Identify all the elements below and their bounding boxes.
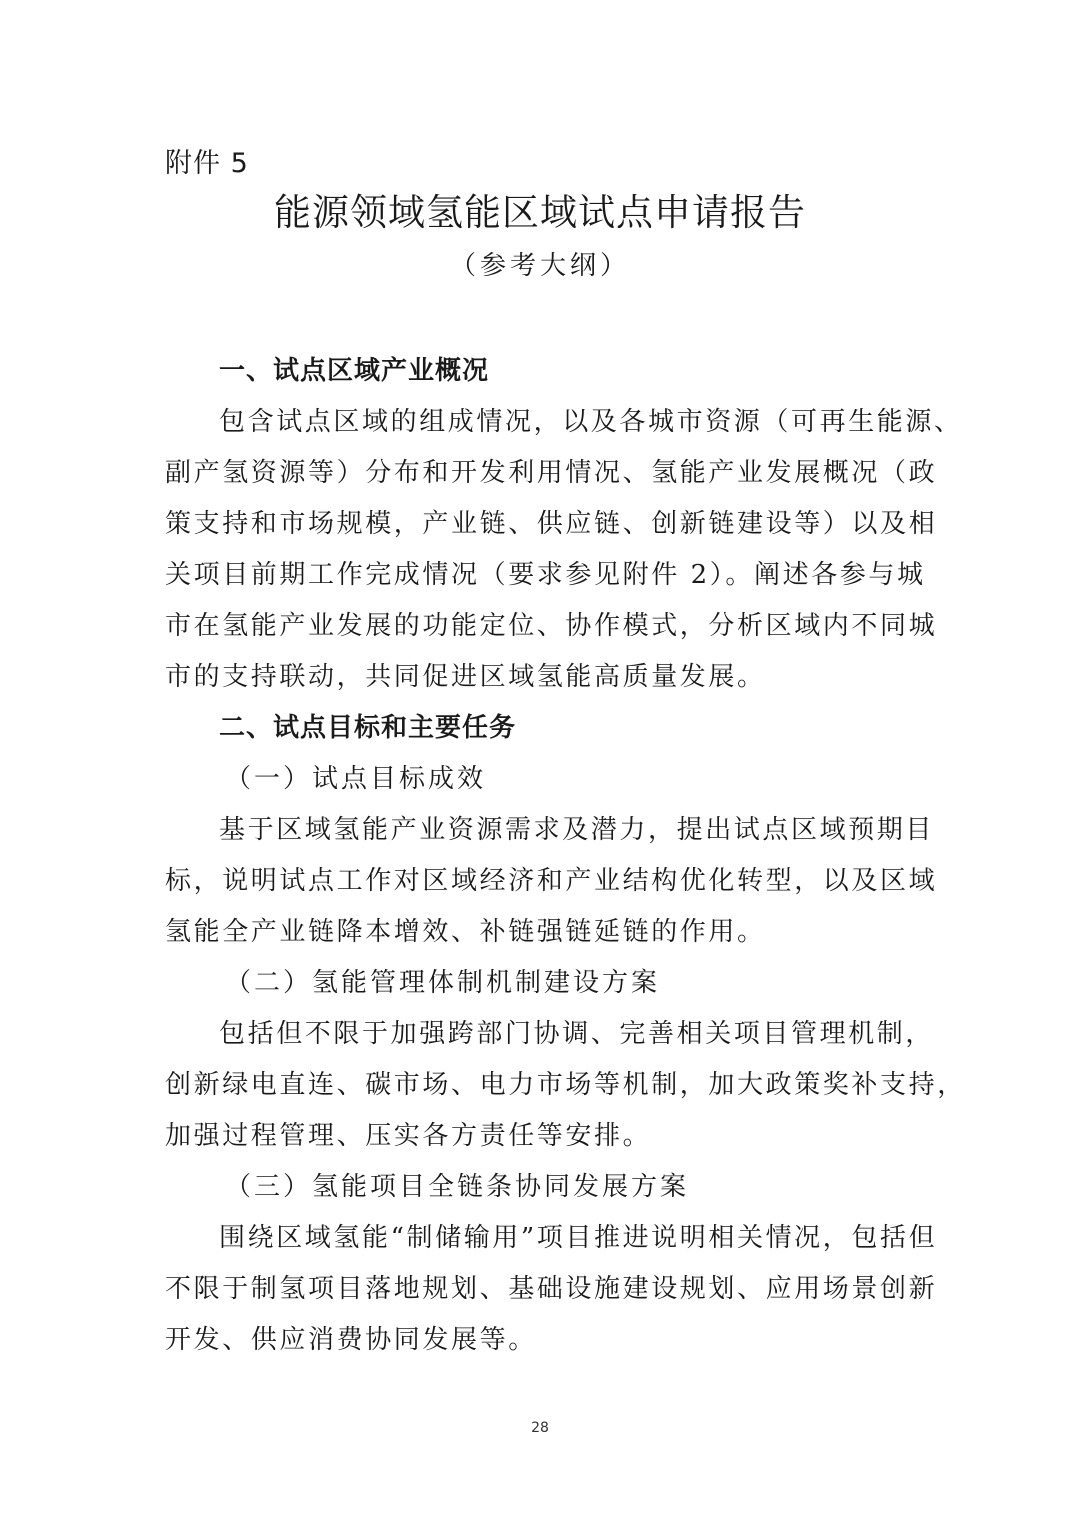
subsection-2-2-paragraph: 包括但不限于加强跨部门协调、完善相关项目管理机制， 创新绿电直连、碳市场、电力市… [165,1009,917,1162]
paragraph-line: 加强过程管理、压实各方责任等安排。 [165,1111,917,1162]
paragraph-line: 围绕区域氢能“制储输用”项目推进说明相关情况，包括但 [165,1213,917,1264]
subsection-heading-2-3: （三）氢能项目全链条协同发展方案 [165,1162,917,1213]
subsection-2-3-paragraph: 围绕区域氢能“制储输用”项目推进说明相关情况，包括但 不限于制氢项目落地规划、基… [165,1213,917,1366]
attachment-label: 附件 5 [165,146,249,182]
subsection-heading-2-2: （二）氢能管理体制机制建设方案 [165,958,917,1009]
section-1-paragraph: 包含试点区域的组成情况，以及各城市资源（可再生能源、 副产氢资源等）分布和开发利… [165,397,917,703]
paragraph-line: 不限于制氢项目落地规划、基础设施建设规划、应用场景创新 [165,1264,917,1315]
section-heading-2: 二、试点目标和主要任务 [165,703,917,754]
paragraph-line: 策支持和市场规模，产业链、供应链、创新链建设等）以及相 [165,499,917,550]
paragraph-line: 关项目前期工作完成情况（要求参见附件 2）。阐述各参与城 [165,550,917,601]
subsection-heading-2-1: （一）试点目标成效 [165,754,917,805]
document-page: 附件 5 能源领域氢能区域试点申请报告 （参考大纲） 一、试点区域产业概况 包含… [0,0,1080,1527]
paragraph-line: 创新绿电直连、碳市场、电力市场等机制，加大政策奖补支持， [165,1060,917,1111]
section-heading-1: 一、试点区域产业概况 [165,346,917,397]
paragraph-line: 包括但不限于加强跨部门协调、完善相关项目管理机制， [165,1009,917,1060]
document-body: 一、试点区域产业概况 包含试点区域的组成情况，以及各城市资源（可再生能源、 副产… [165,346,917,1366]
paragraph-line: 包含试点区域的组成情况，以及各城市资源（可再生能源、 [165,397,917,448]
paragraph-line: 标，说明试点工作对区域经济和产业结构优化转型，以及区域 [165,856,917,907]
page-number: 28 [0,1418,1080,1438]
paragraph-line: 副产氢资源等）分布和开发利用情况、氢能产业发展概况（政 [165,448,917,499]
paragraph-line: 基于区域氢能产业资源需求及潜力，提出试点区域预期目 [165,805,917,856]
paragraph-line: 市在氢能产业发展的功能定位、协作模式，分析区域内不同城 [165,601,917,652]
document-subtitle: （参考大纲） [0,246,1080,286]
paragraph-line: 市的支持联动，共同促进区域氢能高质量发展。 [165,652,917,703]
paragraph-line: 开发、供应消费协同发展等。 [165,1315,917,1366]
paragraph-line: 氢能全产业链降本增效、补链强链延链的作用。 [165,907,917,958]
subsection-2-1-paragraph: 基于区域氢能产业资源需求及潜力，提出试点区域预期目 标，说明试点工作对区域经济和… [165,805,917,958]
document-title: 能源领域氢能区域试点申请报告 [0,188,1080,238]
